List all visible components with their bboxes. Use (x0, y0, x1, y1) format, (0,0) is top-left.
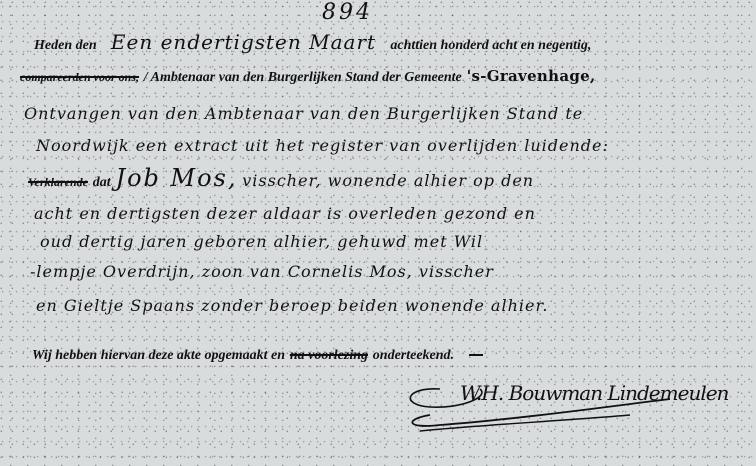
handwritten-text: oud dertig jaren geboren alhier, gehuwd … (40, 232, 483, 251)
struck-text: compareerden voor ons, (20, 70, 139, 84)
handwritten-text: visscher, wonende alhier op den (242, 171, 534, 190)
line-1: Heden den Een endertigsten Maart achttie… (34, 32, 591, 56)
document-page: 894 Heden den Een endertigsten Maart ach… (0, 0, 756, 466)
printed-text: Heden den (34, 38, 97, 53)
printed-text: dat (93, 175, 111, 190)
handwritten-text: Ontvangen van den Ambtenaar van den Burg… (24, 104, 583, 123)
printed-text: Wij hebben hiervan deze akte opgemaakt e… (32, 348, 285, 363)
printed-text: achttien honderd acht en negentig, (390, 38, 591, 53)
handwritten-text: en Gieltje Spaans zonder beroep beiden w… (36, 296, 548, 315)
printed-text: / Ambtenaar van den Burgerlijken Stand d… (144, 70, 462, 85)
line-9: en Gieltje Spaans zonder beroep beiden w… (36, 296, 548, 316)
handwritten-date: Een endertigsten Maart (111, 30, 376, 54)
municipality-name: 's-Gravenhage, (467, 67, 596, 85)
signature-text: W.H. Bouwman Lindemeulen (460, 381, 728, 405)
line-5: Verklarende dat Job Mos, visscher, wonen… (28, 168, 534, 193)
handwritten-text: Noordwijk een extract uit het register v… (36, 136, 609, 155)
line-10: Wij hebben hiervan deze akte opgemaakt e… (32, 344, 483, 366)
line-3: Ontvangen van den Ambtenaar van den Burg… (24, 104, 583, 124)
line-8: -lempje Overdrijn, zoon van Cornelis Mos… (30, 262, 494, 282)
line-4: Noordwijk een extract uit het register v… (36, 136, 609, 156)
handwritten-text: -lempje Overdrijn, zoon van Cornelis Mos… (30, 262, 494, 281)
dash-mark (469, 354, 483, 356)
register-number: 894 (322, 0, 373, 25)
handwritten-text: acht en dertigsten dezer aldaar is overl… (34, 204, 536, 223)
line-7: oud dertig jaren geboren alhier, gehuwd … (40, 232, 483, 252)
struck-text: na voorlezing (290, 348, 368, 363)
printed-text: onderteekend. (373, 348, 454, 363)
line-2: compareerden voor ons, / Ambtenaar van d… (20, 66, 596, 88)
line-6: acht en dertigsten dezer aldaar is overl… (34, 204, 536, 224)
struck-text: Verklarende (28, 175, 88, 189)
deceased-name: Job Mos, (115, 164, 237, 192)
signature: W.H. Bouwman Lindemeulen (400, 375, 730, 435)
